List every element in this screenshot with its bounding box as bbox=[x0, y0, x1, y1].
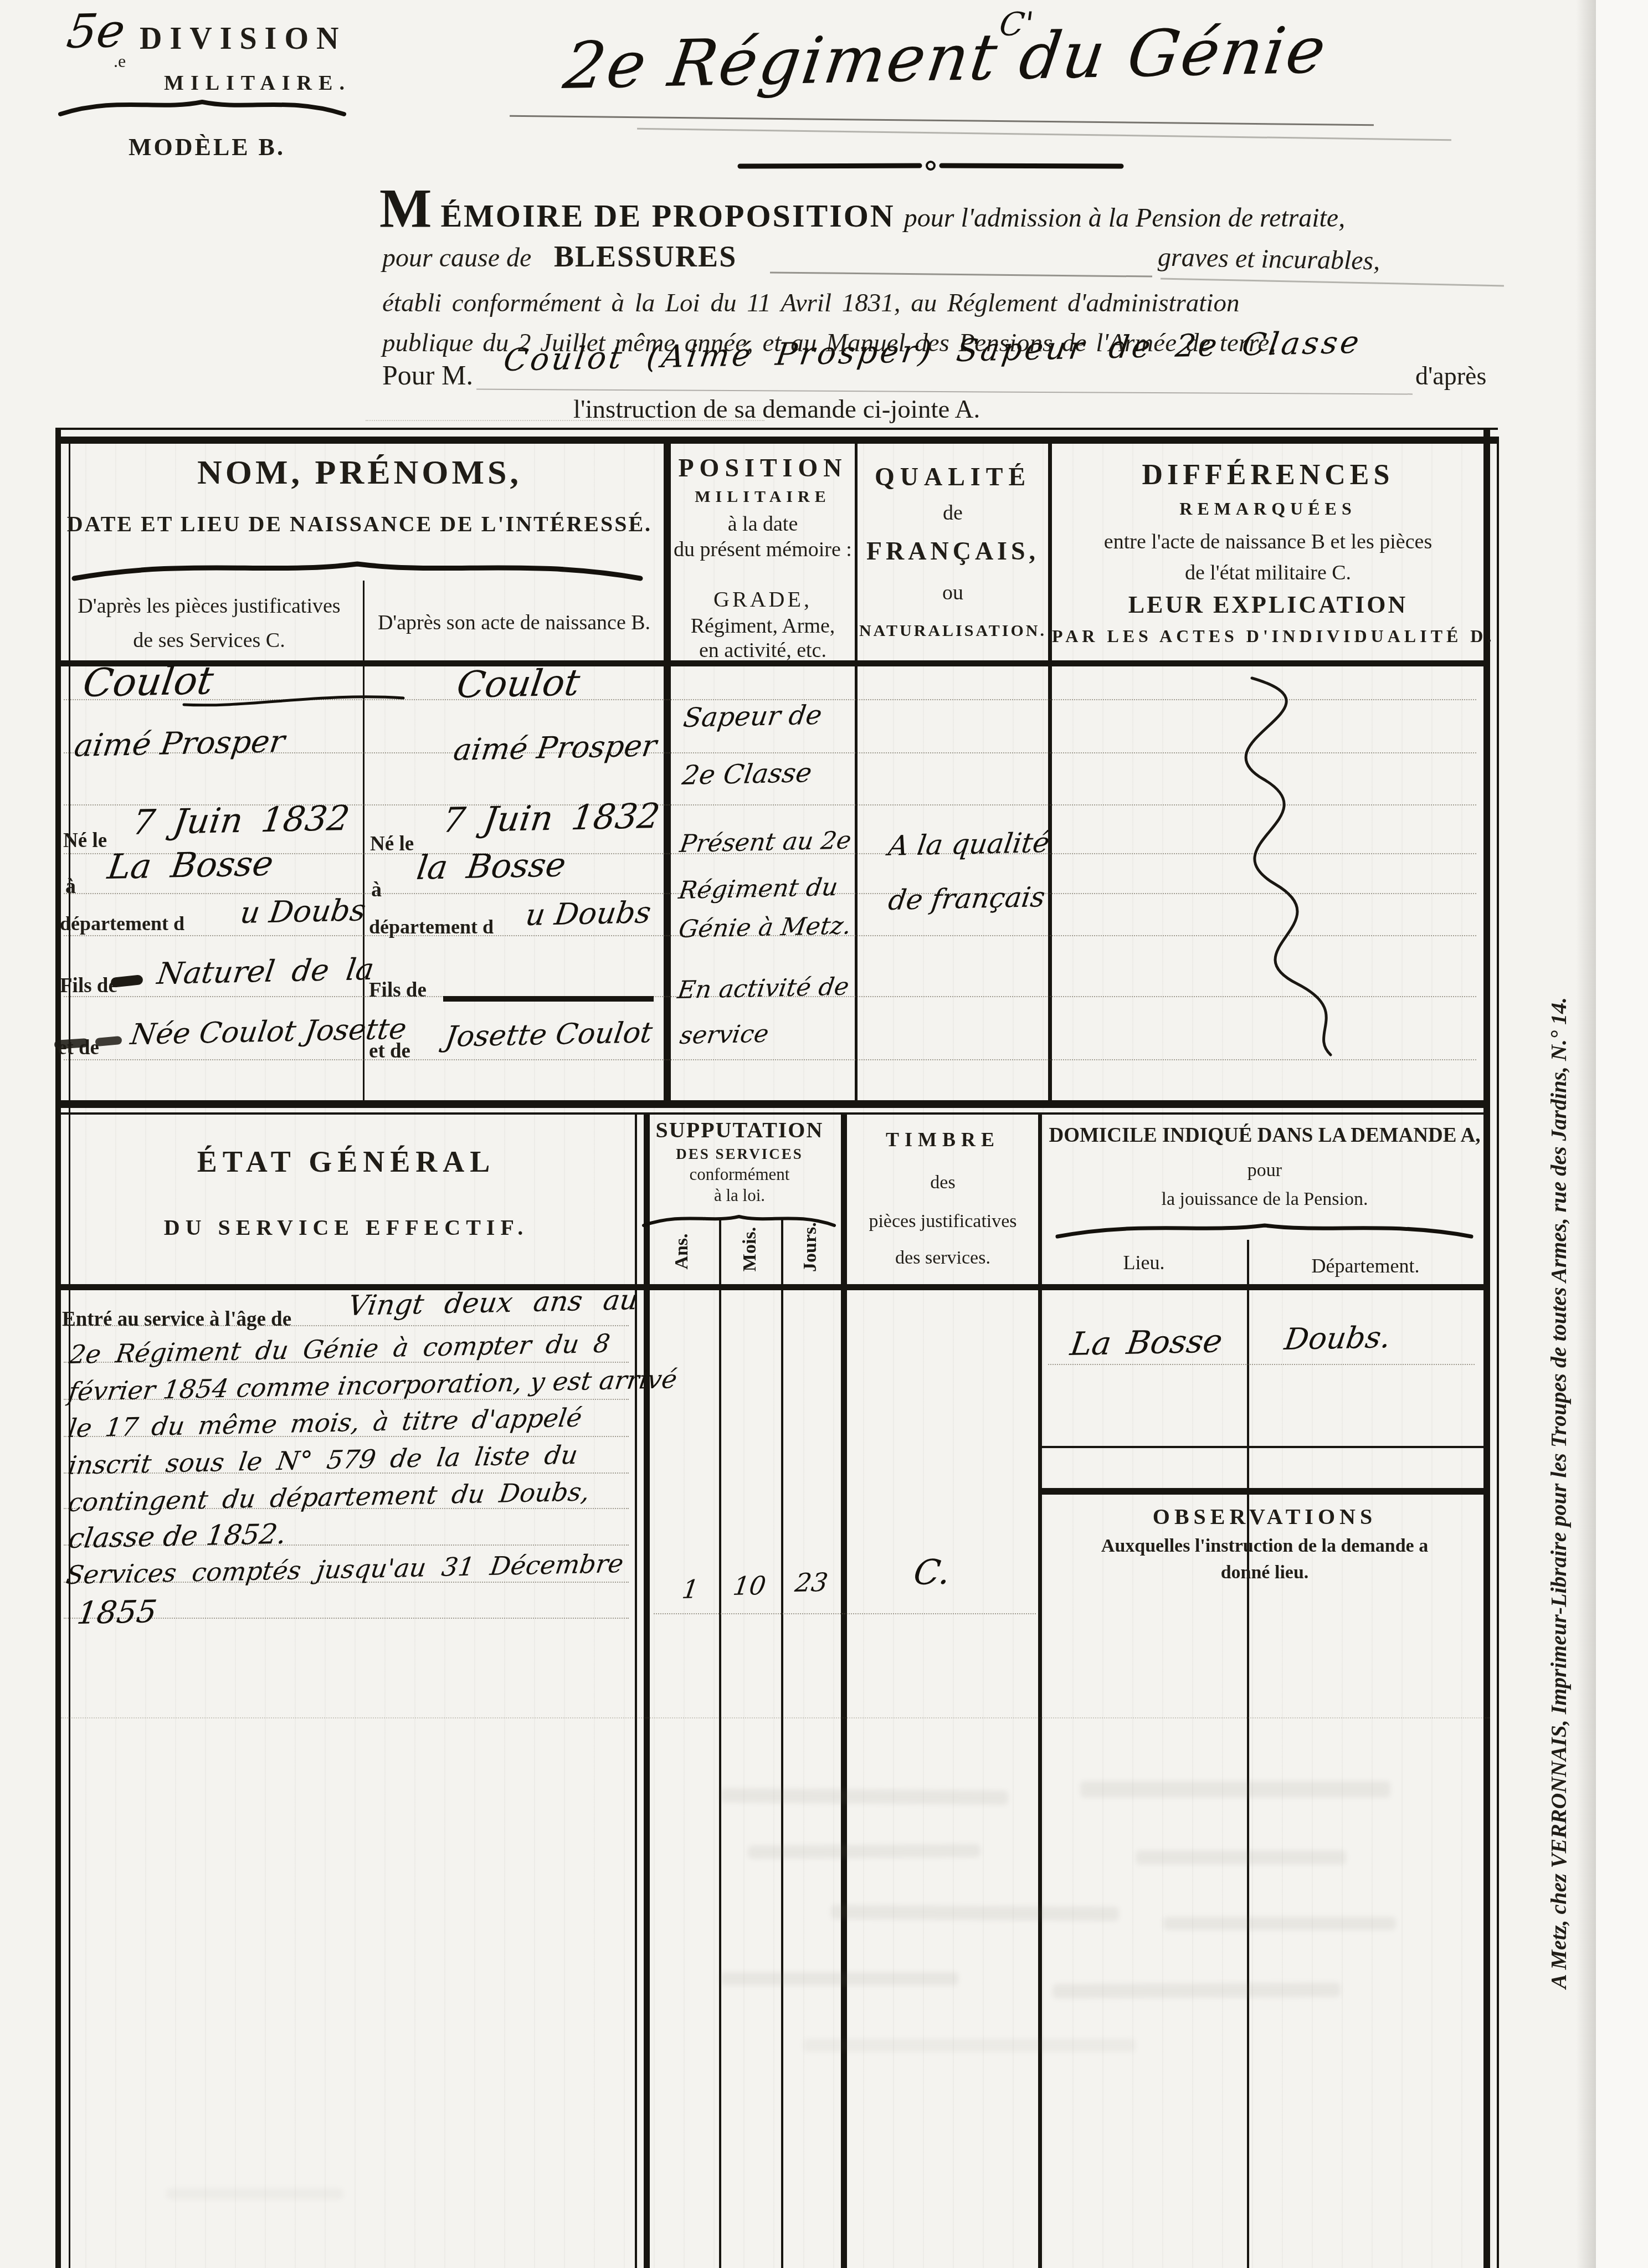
col1-sub1-line1: D'après les pièces justificatives bbox=[55, 594, 363, 618]
memoire-title: ÉMOIRE DE PROPOSITION bbox=[440, 197, 895, 234]
timbre-h2: pièces justificatives bbox=[849, 1211, 1037, 1232]
bleedthrough-mark bbox=[748, 1844, 980, 1859]
domicile-h1: pour bbox=[1046, 1160, 1483, 1181]
memoire-cause-graves: graves et incurables, bbox=[1158, 242, 1380, 276]
bleedthrough-mark bbox=[720, 1788, 1008, 1805]
domicile-row-divider bbox=[1040, 1446, 1485, 1448]
col2-h5: Régiment, Arme, bbox=[671, 614, 855, 638]
modele-label: MODÈLE B. bbox=[129, 133, 285, 161]
entre-au-service-label: Entré au service à l'âge de bbox=[62, 1307, 291, 1331]
title-ornament bbox=[737, 158, 1125, 173]
dapres-label: d'après bbox=[1415, 361, 1486, 391]
col2-h2: à la date bbox=[671, 512, 855, 536]
col1-right-divider bbox=[664, 443, 671, 1102]
timbre-h3: des services. bbox=[849, 1248, 1037, 1269]
mere-value-c1: Née Coulot Josette bbox=[129, 1013, 408, 1051]
section1-bottom-thin bbox=[55, 1112, 1490, 1115]
lieu-label: Lieu. bbox=[1053, 1251, 1235, 1274]
observations-top-rule bbox=[1040, 1488, 1485, 1495]
memoire-admission: pour l'admission à la Pension de retrait… bbox=[904, 203, 1345, 233]
mois-value: 10 bbox=[731, 1571, 768, 1601]
domicile-dept-value: Doubs. bbox=[1282, 1320, 1393, 1357]
ne-le-label-c2: Né le bbox=[370, 832, 414, 856]
col2-h0: POSITION bbox=[671, 453, 855, 483]
division-label: DIVISION bbox=[140, 21, 346, 57]
supputation-h0: SUPPUTATION bbox=[637, 1117, 842, 1143]
table-top-thin bbox=[55, 428, 1498, 430]
division-e-superscript: .e bbox=[114, 51, 126, 71]
a-label-c1: à bbox=[65, 874, 76, 899]
etat-general-title: ÉTAT GÉNÉRAL bbox=[55, 1145, 637, 1179]
etde-label-c2: et de bbox=[369, 1039, 410, 1063]
domicile-brace bbox=[1055, 1218, 1474, 1240]
service-line4: le 17 du même mois, à titre d'appelé bbox=[66, 1403, 584, 1443]
position-line0: Sapeur de bbox=[681, 700, 824, 733]
col4-h4: LEUR EXPLICATION bbox=[1052, 591, 1484, 619]
col1-sub2: D'après son acte de naissance B. bbox=[364, 610, 664, 635]
position-line1: 2e Classe bbox=[680, 757, 814, 791]
right-border-thick bbox=[1483, 428, 1490, 2268]
jours-column-label: Jours. bbox=[800, 1211, 821, 1283]
domicile-lieu-value: La Bosse bbox=[1068, 1322, 1225, 1363]
dept-label-c2: département d bbox=[369, 915, 494, 938]
left-border-thick bbox=[55, 428, 61, 2268]
col2-h3: du présent mémoire : bbox=[671, 537, 855, 562]
col4-h2: entre l'acte de naissance B et les pièce… bbox=[1052, 530, 1484, 554]
qualite-line1: de français bbox=[886, 881, 1047, 916]
a-label-c2: à bbox=[371, 878, 382, 902]
dept-value-c2: u Doubs bbox=[523, 895, 653, 932]
supputation-h3: à la loi. bbox=[637, 1186, 842, 1205]
ans-column-label: Ans. bbox=[671, 1215, 692, 1287]
service-line6: contingent du département du Doubs, bbox=[66, 1476, 592, 1517]
ne-le-label-c1: Né le bbox=[63, 829, 107, 853]
col2-h1: MILITAIRE bbox=[671, 488, 855, 506]
bleedthrough-mark bbox=[720, 1972, 958, 1985]
fils-blank-line bbox=[443, 996, 654, 1002]
memoire-line3: établi conformément à la Loi du 11 Avril… bbox=[382, 288, 1239, 318]
service-line2: 2e Régiment du Génie à compter du 8 bbox=[68, 1328, 612, 1369]
fils-label-c1: Fils de bbox=[60, 974, 117, 998]
bleedthrough-mark bbox=[1080, 1781, 1390, 1798]
memoire-initial: M bbox=[379, 176, 432, 240]
col3-h3: ou bbox=[858, 581, 1048, 605]
section2-header-bottom bbox=[55, 1284, 1490, 1290]
title-underline bbox=[510, 115, 1374, 126]
position-line6: service bbox=[678, 1020, 771, 1050]
col1-title: NOM, PRÉNOMS, bbox=[55, 453, 664, 492]
col3-h4: NATURALISATION. bbox=[858, 622, 1048, 640]
memoire-cause-blessures: BLESSURES bbox=[554, 239, 737, 274]
position-line4: Génie à Metz. bbox=[677, 912, 853, 943]
birthdate-c2: 7 Juin 1832 bbox=[440, 796, 662, 840]
militaire-label: MILITAIRE. bbox=[138, 71, 377, 95]
col2-h4: GRADE, bbox=[671, 586, 855, 612]
service-line1: Vingt deux ans au bbox=[346, 1284, 640, 1322]
section1-bottom-thick bbox=[55, 1100, 1490, 1108]
guide-line bbox=[654, 1613, 1036, 1614]
guide-line bbox=[1048, 1364, 1475, 1365]
mois-right-divider bbox=[781, 1219, 783, 2268]
service-line9: 1855 bbox=[75, 1594, 159, 1631]
qualite-line0: A la qualité bbox=[886, 827, 1051, 862]
service-line3: février 1854 comme incorporation, y est … bbox=[66, 1364, 679, 1407]
supputation-h2: conformément bbox=[637, 1164, 842, 1184]
memoire-cause-a: pour cause de bbox=[382, 243, 531, 273]
observations-line2: donné lieu. bbox=[1046, 1562, 1483, 1583]
page-edge-shadow bbox=[1576, 0, 1596, 2268]
document-page: 5e .e DIVISION MILITAIRE. MODÈLE B. C' 2… bbox=[0, 0, 1648, 2268]
col4-h3: de l'état militaire C. bbox=[1052, 561, 1484, 585]
position-line5: En activité de bbox=[676, 973, 851, 1004]
birthdate-c1: 7 Juin 1832 bbox=[130, 798, 352, 843]
col3-h0: QUALITÉ bbox=[858, 462, 1048, 491]
entry-prenom-services: aimé Prosper bbox=[72, 723, 287, 764]
regiment-title-handwritten: 2e Régiment du Génie bbox=[559, 13, 1332, 104]
mere-value-c2: Josette Coulot bbox=[443, 1016, 655, 1054]
guide-line-long bbox=[61, 1717, 1490, 1718]
memoire-heading-row: M ÉMOIRE DE PROPOSITION pour l'admission… bbox=[379, 176, 1345, 240]
col1-subtitle: DATE ET LIEU DE NAISSANCE DE L'INTÉRESSÉ… bbox=[55, 511, 664, 537]
bleedthrough-mark bbox=[1163, 1917, 1396, 1930]
departement-label: Département. bbox=[1257, 1254, 1474, 1277]
table-top-thick bbox=[55, 437, 1498, 444]
division-number-handwritten: 5e bbox=[64, 3, 129, 59]
service-line8: Services comptés jusqu'au 31 Décembre bbox=[64, 1548, 625, 1590]
printer-imprint: A Metz, chez VERRONNAIS, Imprimeur-Libra… bbox=[1546, 881, 1572, 1989]
col4-h0: DIFFÉRENCES bbox=[1052, 459, 1484, 491]
title-underline-2 bbox=[637, 128, 1451, 141]
col3-right-divider bbox=[1048, 443, 1052, 1102]
name-flourish bbox=[183, 689, 404, 709]
col1-brace bbox=[72, 554, 643, 582]
jours-value: 23 bbox=[793, 1567, 830, 1598]
birthplace-c1: La Bosse bbox=[105, 843, 276, 887]
col1-sub1-line2: de ses Services C. bbox=[55, 628, 363, 653]
service-line7: classe de 1852. bbox=[66, 1518, 288, 1554]
timbre-h1: des bbox=[849, 1172, 1037, 1193]
timbre-value: C. bbox=[911, 1552, 953, 1593]
page-outer-margin bbox=[1596, 0, 1648, 2268]
right-border-thin bbox=[1497, 437, 1499, 2268]
fill-line-blessures bbox=[770, 271, 1152, 277]
service-line5: inscrit sous le N° 579 de la liste du bbox=[66, 1440, 579, 1480]
fill-line-instruction bbox=[366, 420, 764, 421]
bleedthrough-mark bbox=[1136, 1850, 1346, 1865]
dept-label-c1: département d bbox=[60, 912, 184, 935]
guide-line bbox=[64, 1059, 1476, 1060]
bleedthrough-mark bbox=[803, 2039, 1136, 2052]
observations-title: OBSERVATIONS bbox=[1046, 1504, 1483, 1530]
domicile-mid-divider bbox=[1247, 1240, 1249, 2268]
birthplace-c2: la Bosse bbox=[414, 845, 568, 887]
fill-line-graves bbox=[1161, 278, 1504, 287]
entry-name-naissance: Coulot bbox=[454, 661, 582, 706]
mois-column-label: Mois. bbox=[740, 1213, 761, 1285]
position-line3: Régiment du bbox=[677, 873, 840, 905]
timbre-h0: TIMBRE bbox=[849, 1128, 1037, 1151]
domicile-h0: DOMICILE INDIQUÉ DANS LA DEMANDE A, bbox=[1046, 1123, 1483, 1147]
bleedthrough-mark bbox=[1053, 1983, 1341, 1999]
entry-prenom-naissance: aimé Prosper bbox=[451, 728, 659, 767]
fill-line-pour-m bbox=[476, 389, 1413, 395]
col4-h1: REMARQUÉES bbox=[1052, 499, 1484, 519]
ink-blot bbox=[95, 1036, 122, 1046]
bleedthrough-mark bbox=[166, 2188, 343, 2199]
observations-line1: Auxquelles l'instruction de la demande a bbox=[1046, 1536, 1483, 1557]
fils-value-c1: Naturel de la bbox=[155, 952, 376, 991]
dept-value-c1: u Doubs bbox=[238, 892, 368, 930]
domicile-h2: la jouissance de la Pension. bbox=[1046, 1189, 1483, 1210]
bleedthrough-mark bbox=[831, 1905, 1119, 1921]
fils-label-c2: Fils de bbox=[369, 978, 427, 1002]
col3-h2: FRANÇAIS, bbox=[858, 536, 1048, 566]
header-brace bbox=[58, 93, 346, 117]
differences-squiggle bbox=[1185, 675, 1374, 1057]
position-line2: Présent au 2e bbox=[678, 827, 853, 858]
pour-m-label: Pour M. bbox=[382, 359, 473, 391]
col2-h6: en activité, etc. bbox=[671, 638, 855, 663]
supputation-h1: DES SERVICES bbox=[637, 1146, 842, 1163]
col4-h5: PAR LES ACTES D'INDIVIDUALITÉ D. bbox=[1052, 626, 1484, 646]
service-effectif-title: DU SERVICE EFFECTIF. bbox=[55, 1214, 637, 1240]
ans-right-divider bbox=[719, 1219, 721, 2268]
col3-h1: de bbox=[858, 501, 1048, 525]
ans-value: 1 bbox=[680, 1574, 701, 1604]
